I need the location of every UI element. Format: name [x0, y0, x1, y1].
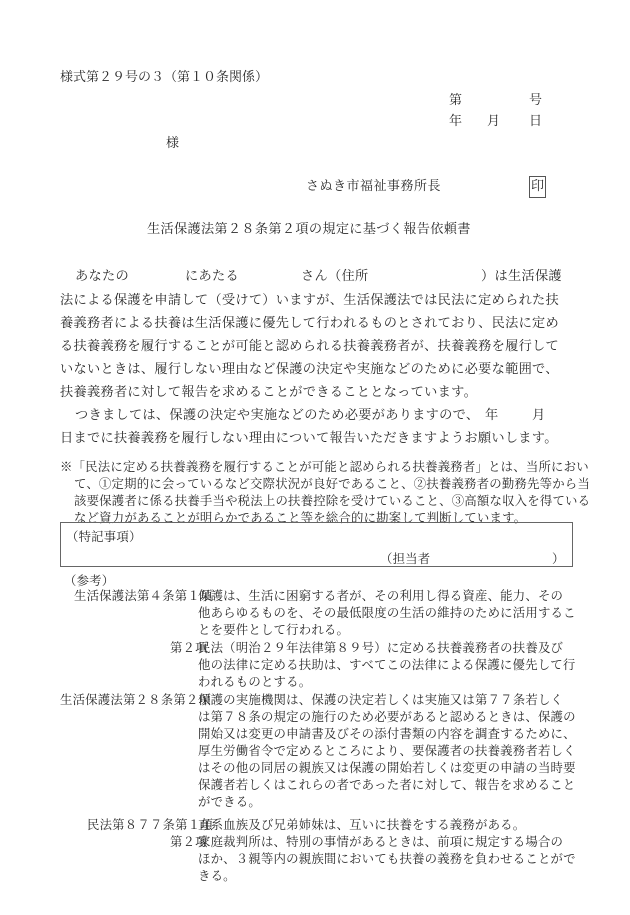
art28-text: 厚生労働省令で定めるところにより、要保護者の扶養義務者若しく — [198, 741, 576, 759]
document-title: 生活保護法第２８条第２項の規定に基づく報告依頼書 — [147, 223, 471, 236]
body-line: る扶養義務を履行することが可能と認められる扶養義務者が、扶養義務を履行して — [60, 335, 559, 354]
art28-text: 開始又は変更の申請書及びその添付書類の内容を調査するために、 — [198, 724, 576, 742]
issuer-name: さぬき市福祉事務所長 — [306, 180, 441, 193]
art4-text: 他あらゆるものを、その最低限度の生活の維持のために活用するこ — [198, 603, 576, 621]
note-line: て、①定期的に会っているなど交際状況が良好であること、②扶養義務者の勤務先等から… — [74, 474, 590, 492]
doc-number-suffix: 号 — [529, 94, 542, 107]
body-para2-month: 月 — [532, 404, 546, 423]
civil-p2-text: ほか、３親等内の親族間においても扶養の義務を負わせることがで — [198, 849, 576, 867]
art4-p2-text: われるものとする。 — [198, 672, 311, 690]
civil-p2-text: 家庭裁判所は、特別の事情があるときは、前項に規定する場合の — [198, 832, 563, 850]
art4-text: 保護は、生活に困窮する者が、その利用し得る資産、能力、その — [198, 586, 563, 604]
person-in-charge-close: ） — [552, 549, 565, 567]
note-line: 該要保護者に係る扶養手当や税法上の扶養控除を受けていること、③高額な収入を得てい… — [74, 491, 590, 509]
note-line: ※「民法に定める扶養義務を履行することが可能と認められる扶養義務者」とは、当所に… — [60, 457, 589, 475]
art28-text: は第７８条の規定の施行のため必要があると認めるときは、保護の — [198, 707, 576, 725]
civil-text: 直系血族及び兄弟姉妹は、互いに扶養をする義務がある。 — [198, 815, 525, 833]
civil-p2-text: きる。 — [198, 866, 236, 884]
art28-heading: 生活保護法第２８条第２項 — [60, 690, 211, 708]
art4-p2-text: 他の法律に定める扶助は、すべてこの法律による保護に優先して行 — [198, 655, 575, 673]
date-day: 日 — [529, 115, 542, 128]
body-line: 養義務者による扶養は生活保護に優先して行われるものとされており、民法に定め — [60, 312, 559, 331]
body-line1-c: さん（住所 — [301, 265, 368, 284]
body-line1-d: ）は生活保護 — [481, 265, 562, 284]
doc-number-prefix: 第 — [449, 94, 462, 107]
date-month: 月 — [487, 115, 500, 128]
body-para2-year: 年 — [485, 404, 499, 423]
body-line: 扶養義務者に対して報告を求めることができることとなっています。 — [60, 381, 477, 400]
body-para2-line2: 日までに扶養義務を履行しない理由について報告いただきますようお願いします。 — [60, 427, 558, 446]
civil-heading: 民法第８７７条第１項 — [87, 815, 213, 833]
body-line1-a: あなたの — [75, 265, 129, 284]
special-notes-label: （特記事項） — [66, 527, 142, 545]
art4-p2-text: 民法（明治２９年法律第８９号）に定める扶養義務者の扶養及び — [198, 638, 563, 656]
body-line1-b: にあたる — [185, 265, 239, 284]
art28-text: ができる。 — [198, 792, 261, 810]
body-line: いないときは、履行しない理由など保護の決定や実施などのために必要な範囲で、 — [60, 358, 559, 377]
art28-text: 保護の実施機関は、保護の決定若しくは実施又は第７７条若しく — [198, 690, 563, 708]
art4-text: とを要件として行われる。 — [198, 620, 349, 638]
date-year: 年 — [449, 115, 462, 128]
art4-heading: 生活保護法第４条第１項 — [74, 586, 213, 604]
seal-box: 印 — [529, 176, 546, 198]
art28-text: はその他の同居の親族又は保護の開始若しくは変更の申請の当時要 — [198, 758, 576, 776]
body-line: 法による保護を申請して（受けて）いますが、生活保護法では民法に定められた扶 — [60, 289, 559, 308]
form-number: 様式第２９号の３（第１０条関係） — [60, 71, 268, 84]
person-in-charge-open: （担当者 — [380, 549, 430, 567]
body-para2-line1: つきましては、保護の決定や実施などのため必要がありますので、 — [75, 404, 479, 423]
addressee-suffix: 様 — [166, 137, 179, 150]
art28-text: 保護者若しくはこれらの者であった者に対して、報告を求めること — [198, 775, 575, 793]
